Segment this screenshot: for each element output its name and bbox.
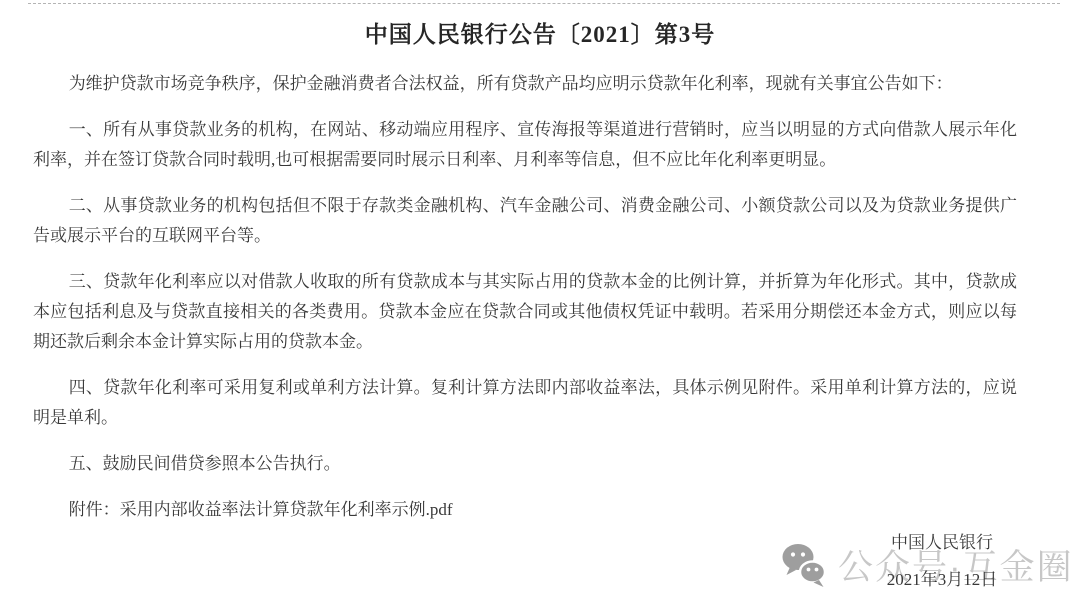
wechat-icon [780,541,828,589]
item-5-paragraph: 五、鼓励民间借贷参照本公告执行。 [33,449,1017,479]
item-1-paragraph: 一、所有从事贷款业务的机构，在网站、移动端应用程序、宣传海报等渠道进行营销时，应… [33,115,1017,175]
document-body: 为维护贷款市场竞争秩序，保护金融消费者合法权益，所有贷款产品均应明示贷款年化利率… [0,69,1080,525]
signature-block: 中国人民银行 2021年3月12日 [872,524,1012,598]
item-3-paragraph: 三、贷款年化利率应以对借款人收取的所有贷款成本与其实际占用的贷款本金的比例计算，… [33,267,1017,357]
page-title: 中国人民银行公告〔2021〕第3号 [0,0,1080,49]
intro-paragraph: 为维护贷款市场竞争秩序，保护金融消费者合法权益，所有贷款产品均应明示贷款年化利率… [33,69,1017,99]
top-dashed-border [28,3,1060,4]
item-2-paragraph: 二、从事贷款业务的机构包括但不限于存款类金融机构、汽车金融公司、消费金融公司、小… [33,191,1017,251]
signature-issuer: 中国人民银行 [872,524,1012,561]
announcement-document: 中国人民银行公告〔2021〕第3号 为维护贷款市场竞争秩序，保护金融消费者合法权… [0,0,1080,605]
item-4-paragraph: 四、贷款年化利率可采用复利或单利方法计算。复利计算方法即内部收益率法，具体示例见… [33,373,1017,433]
signature-date: 2021年3月12日 [872,561,1012,598]
attachment-line: 附件：采用内部收益率法计算贷款年化利率示例.pdf [33,495,1017,525]
